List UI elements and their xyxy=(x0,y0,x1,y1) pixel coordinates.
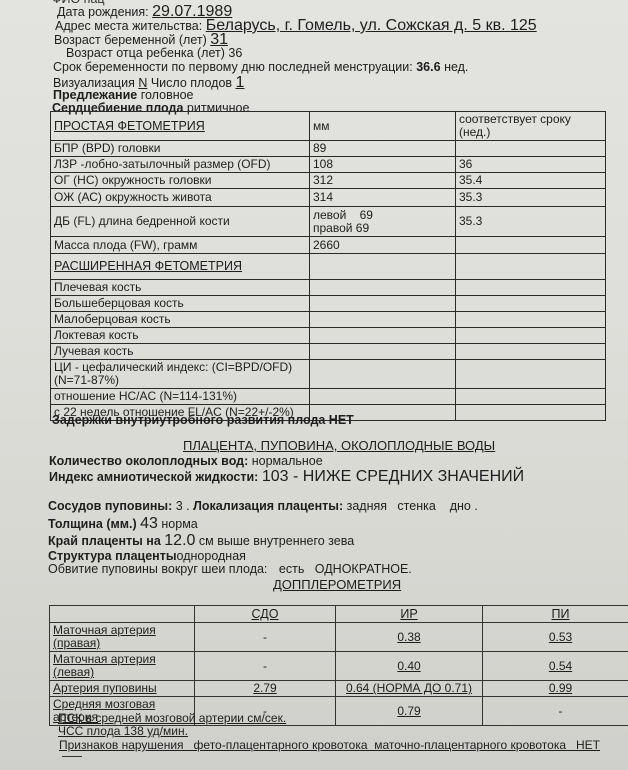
presentation-label: Предлежание xyxy=(53,88,137,102)
empty-cell xyxy=(310,344,456,360)
row-mm: 312 xyxy=(310,173,456,189)
row-weeks: 36 xyxy=(456,157,606,173)
row-pi: 0.99 xyxy=(483,681,628,697)
row-label: Плечевая кость xyxy=(51,280,310,296)
thickness-note: норма xyxy=(161,517,197,531)
vessels-label: Сосудов пуповины: xyxy=(48,499,172,513)
table-row: Локтевая кость xyxy=(51,328,606,344)
col-empty-header xyxy=(50,606,195,623)
row-label: Артерия пуповины xyxy=(50,681,195,697)
vessels-value: 3 . xyxy=(176,499,190,513)
row-label: Маточная артерия (левая) xyxy=(50,652,195,681)
empty-cell xyxy=(310,296,456,312)
document-page: ФИО пац Дата рождения: 29.07.1989 Адрес … xyxy=(0,0,628,770)
row-mm: левой 69 правой 69 xyxy=(310,207,456,237)
empty-cell xyxy=(456,344,606,360)
table-row: отношение HC/AC (N=114-131%) xyxy=(51,389,606,405)
row-label: отношение HC/AC (N=114-131%) xyxy=(51,389,310,405)
row-label: Локтевая кость xyxy=(51,328,310,344)
psv-line: ПСК в средней мозговой артерии см/сек. xyxy=(58,711,286,725)
table-row: ОГ (НС) окружность головки 312 35.4 xyxy=(51,173,606,189)
structure-label: Структура плаценты xyxy=(48,549,177,563)
col-weeks-header: соответствует сроку (нед.) xyxy=(456,112,606,141)
cord-value: есть ОДНОКРАТНОЕ. xyxy=(279,562,412,576)
edge-line: Край плаценты на 12.0 см выше внутреннег… xyxy=(48,532,354,550)
table-row: ДБ (FL) длина бедренной кости левой 69 п… xyxy=(51,207,606,237)
row-label: ЦИ - цефалический индекс: (CI=BPD/OFD) (… xyxy=(51,360,310,389)
gestation-value: 36.6 xyxy=(416,60,440,74)
gestation-unit: нед. xyxy=(444,60,468,74)
row-label: Маточная артерия (правая) xyxy=(50,623,195,652)
afi-value: 103 - НИЖЕ СРЕДНИХ ЗНАЧЕНИЙ xyxy=(262,468,524,485)
thickness-label: Толщина (мм.) xyxy=(48,517,137,531)
placenta-section-title: ПЛАЦЕНТА, ПУПОВИНА, ОКОЛОПЛОДНЫЕ ВОДЫ xyxy=(183,438,495,453)
femur-right: правой 69 xyxy=(313,222,452,235)
trailing-dash xyxy=(62,756,82,757)
fluid-amount-value: нормальное xyxy=(252,454,323,468)
row-weeks xyxy=(456,141,606,157)
address-value: Беларусь, г. Гомель, ул. Сожская д. 5 кв… xyxy=(206,17,537,34)
gestation-line: Срок беременности по первому дню последн… xyxy=(53,60,468,74)
row-mm: 314 xyxy=(310,189,456,207)
location-value: задняя стенка дно . xyxy=(347,499,478,513)
empty-cell xyxy=(310,312,456,328)
row-weeks: 35.3 xyxy=(456,207,606,237)
afi-label: Индекс амниотической жидкости: xyxy=(49,470,258,484)
col-pi-header: ПИ xyxy=(483,606,628,623)
doppler-table: СДО ИР ПИ Маточная артерия (правая) - 0.… xyxy=(49,605,628,726)
fhr-line: ЧСС плода 138 уд/мин. xyxy=(58,724,188,738)
row-mm: 108 xyxy=(310,157,456,173)
mother-age-label: Возраст беременной (лет) xyxy=(54,33,207,47)
empty-cell xyxy=(310,389,456,405)
row-weeks: 35.4 xyxy=(456,173,606,189)
empty-cell xyxy=(456,328,606,344)
fetus-count-value: 1 xyxy=(236,74,245,91)
structure-value: однородная xyxy=(177,549,246,563)
table-row: Масса плода (FW), грамм 2660 xyxy=(51,237,606,254)
fluid-amount-label: Количество околоплодных вод: xyxy=(49,454,248,468)
gestation-label: Срок беременности по первому дню последн… xyxy=(53,60,413,74)
ci-norm: (N=71-87%) xyxy=(54,374,306,387)
extended-fetometry-header-row: РАСШИРЕННАЯ ФЕТОМЕТРИЯ xyxy=(51,254,606,280)
empty-cell xyxy=(456,389,606,405)
disorder-line: Признаков нарушения фето-плацентарного к… xyxy=(59,738,600,752)
row-ir: 0.40 xyxy=(336,652,483,681)
row-mm: 2660 xyxy=(310,237,456,254)
row-ir: 0.79 xyxy=(336,697,483,726)
row-weeks xyxy=(456,237,606,254)
row-mm: 89 xyxy=(310,141,456,157)
empty-cell xyxy=(310,254,456,280)
row-label: Большеберцовая кость xyxy=(51,296,310,312)
table-row: Плечевая кость xyxy=(51,280,606,296)
empty-cell xyxy=(456,312,606,328)
row-label: ОЖ (АС) окружность живота xyxy=(51,189,310,207)
vessels-line: Сосудов пуповины: 3 . Локализация плацен… xyxy=(48,499,478,513)
cord-entanglement-line: Обвитие пуповины вокруг шеи плода: есть … xyxy=(48,562,412,576)
table-row: Артерия пуповины 2.79 0.64 (НОРМА ДО 0.7… xyxy=(50,681,628,697)
structure-line: Структура плацентыоднородная xyxy=(48,549,246,563)
extended-fetometry-title: РАСШИРЕННАЯ ФЕТОМЕТРИЯ xyxy=(51,254,310,280)
simple-fetometry-title: ПРОСТАЯ ФЕТОМЕТРИЯ xyxy=(51,112,310,141)
row-ir: 0.64 (НОРМА ДО 0.71) xyxy=(336,681,483,697)
empty-cell xyxy=(456,254,606,280)
father-age-label: Возраст отца ребенка (лет) xyxy=(66,46,225,60)
edge-value: 12.0 xyxy=(164,532,195,549)
row-label: ОГ (НС) окружность головки xyxy=(51,173,310,189)
col-ir-header: ИР xyxy=(336,606,483,623)
empty-cell xyxy=(310,328,456,344)
presentation-line: Предлежание головное xyxy=(53,88,194,102)
row-label: ДБ (FL) длина бедренной кости xyxy=(51,207,310,237)
empty-cell xyxy=(456,405,606,421)
location-label: Локализация плаценты: xyxy=(193,499,343,513)
table-row: Большеберцовая кость xyxy=(51,296,606,312)
iugr-line: Задержки внутриутробного развития плода … xyxy=(52,413,354,427)
empty-cell xyxy=(310,360,456,389)
afi-line: Индекс амниотической жидкости: 103 - НИЖ… xyxy=(49,468,524,486)
father-age-value: 36 xyxy=(228,46,242,60)
fetometry-table: ПРОСТАЯ ФЕТОМЕТРИЯ мм соответствует срок… xyxy=(50,111,606,421)
edge-label: Край плаценты на xyxy=(48,534,161,548)
empty-cell xyxy=(456,360,606,389)
thickness-line: Толщина (мм.) 43 норма xyxy=(48,515,198,533)
row-label: Малоберцовая кость xyxy=(51,312,310,328)
row-ir: 0.38 xyxy=(336,623,483,652)
thickness-value: 43 xyxy=(140,515,158,532)
table-header-row: СДО ИР ПИ xyxy=(50,606,628,623)
table-row: Лучевая кость xyxy=(51,344,606,360)
empty-cell xyxy=(456,296,606,312)
table-row: ОЖ (АС) окружность живота 314 35.3 xyxy=(51,189,606,207)
father-age-line: Возраст отца ребенка (лет) 36 xyxy=(66,46,242,60)
doppler-section-title: ДОППЛЕРОМЕТРИЯ xyxy=(273,577,401,592)
row-label: Масса плода (FW), грамм xyxy=(51,237,310,254)
cord-label: Обвитие пуповины вокруг шеи плода: xyxy=(48,562,267,576)
presentation-value: головное xyxy=(141,88,194,102)
row-label: БПР (BPD) головки xyxy=(51,141,310,157)
table-header-row: ПРОСТАЯ ФЕТОМЕТРИЯ мм соответствует срок… xyxy=(51,112,606,141)
fluid-amount-line: Количество околоплодных вод: нормальное xyxy=(49,454,323,468)
row-weeks: 35.3 xyxy=(456,189,606,207)
empty-cell xyxy=(456,280,606,296)
row-sdo: - xyxy=(195,652,336,681)
edge-note: см выше внутреннего зева xyxy=(199,534,354,548)
empty-cell xyxy=(310,280,456,296)
table-row: Малоберцовая кость xyxy=(51,312,606,328)
table-row: ЛЗР -лобно-затылочный размер (OFD) 108 3… xyxy=(51,157,606,173)
row-sdo: - xyxy=(195,623,336,652)
femur-left: левой 69 xyxy=(313,209,452,222)
col-mm-header: мм xyxy=(310,112,456,141)
table-row: Маточная артерия (левая) - 0.40 0.54 xyxy=(50,652,628,681)
row-label: ЛЗР -лобно-затылочный размер (OFD) xyxy=(51,157,310,173)
col-sdo-header: СДО xyxy=(195,606,336,623)
row-label-line2: (правая) xyxy=(53,637,191,650)
table-row: БПР (BPD) головки 89 xyxy=(51,141,606,157)
row-sdo: 2.79 xyxy=(195,681,336,697)
row-pi: 0.53 xyxy=(483,623,628,652)
table-row: ЦИ - цефалический индекс: (CI=BPD/OFD) (… xyxy=(51,360,606,389)
row-label: Лучевая кость xyxy=(51,344,310,360)
row-pi: 0.54 xyxy=(483,652,628,681)
table-row: Маточная артерия (правая) - 0.38 0.53 xyxy=(50,623,628,652)
row-pi: - xyxy=(483,697,628,726)
